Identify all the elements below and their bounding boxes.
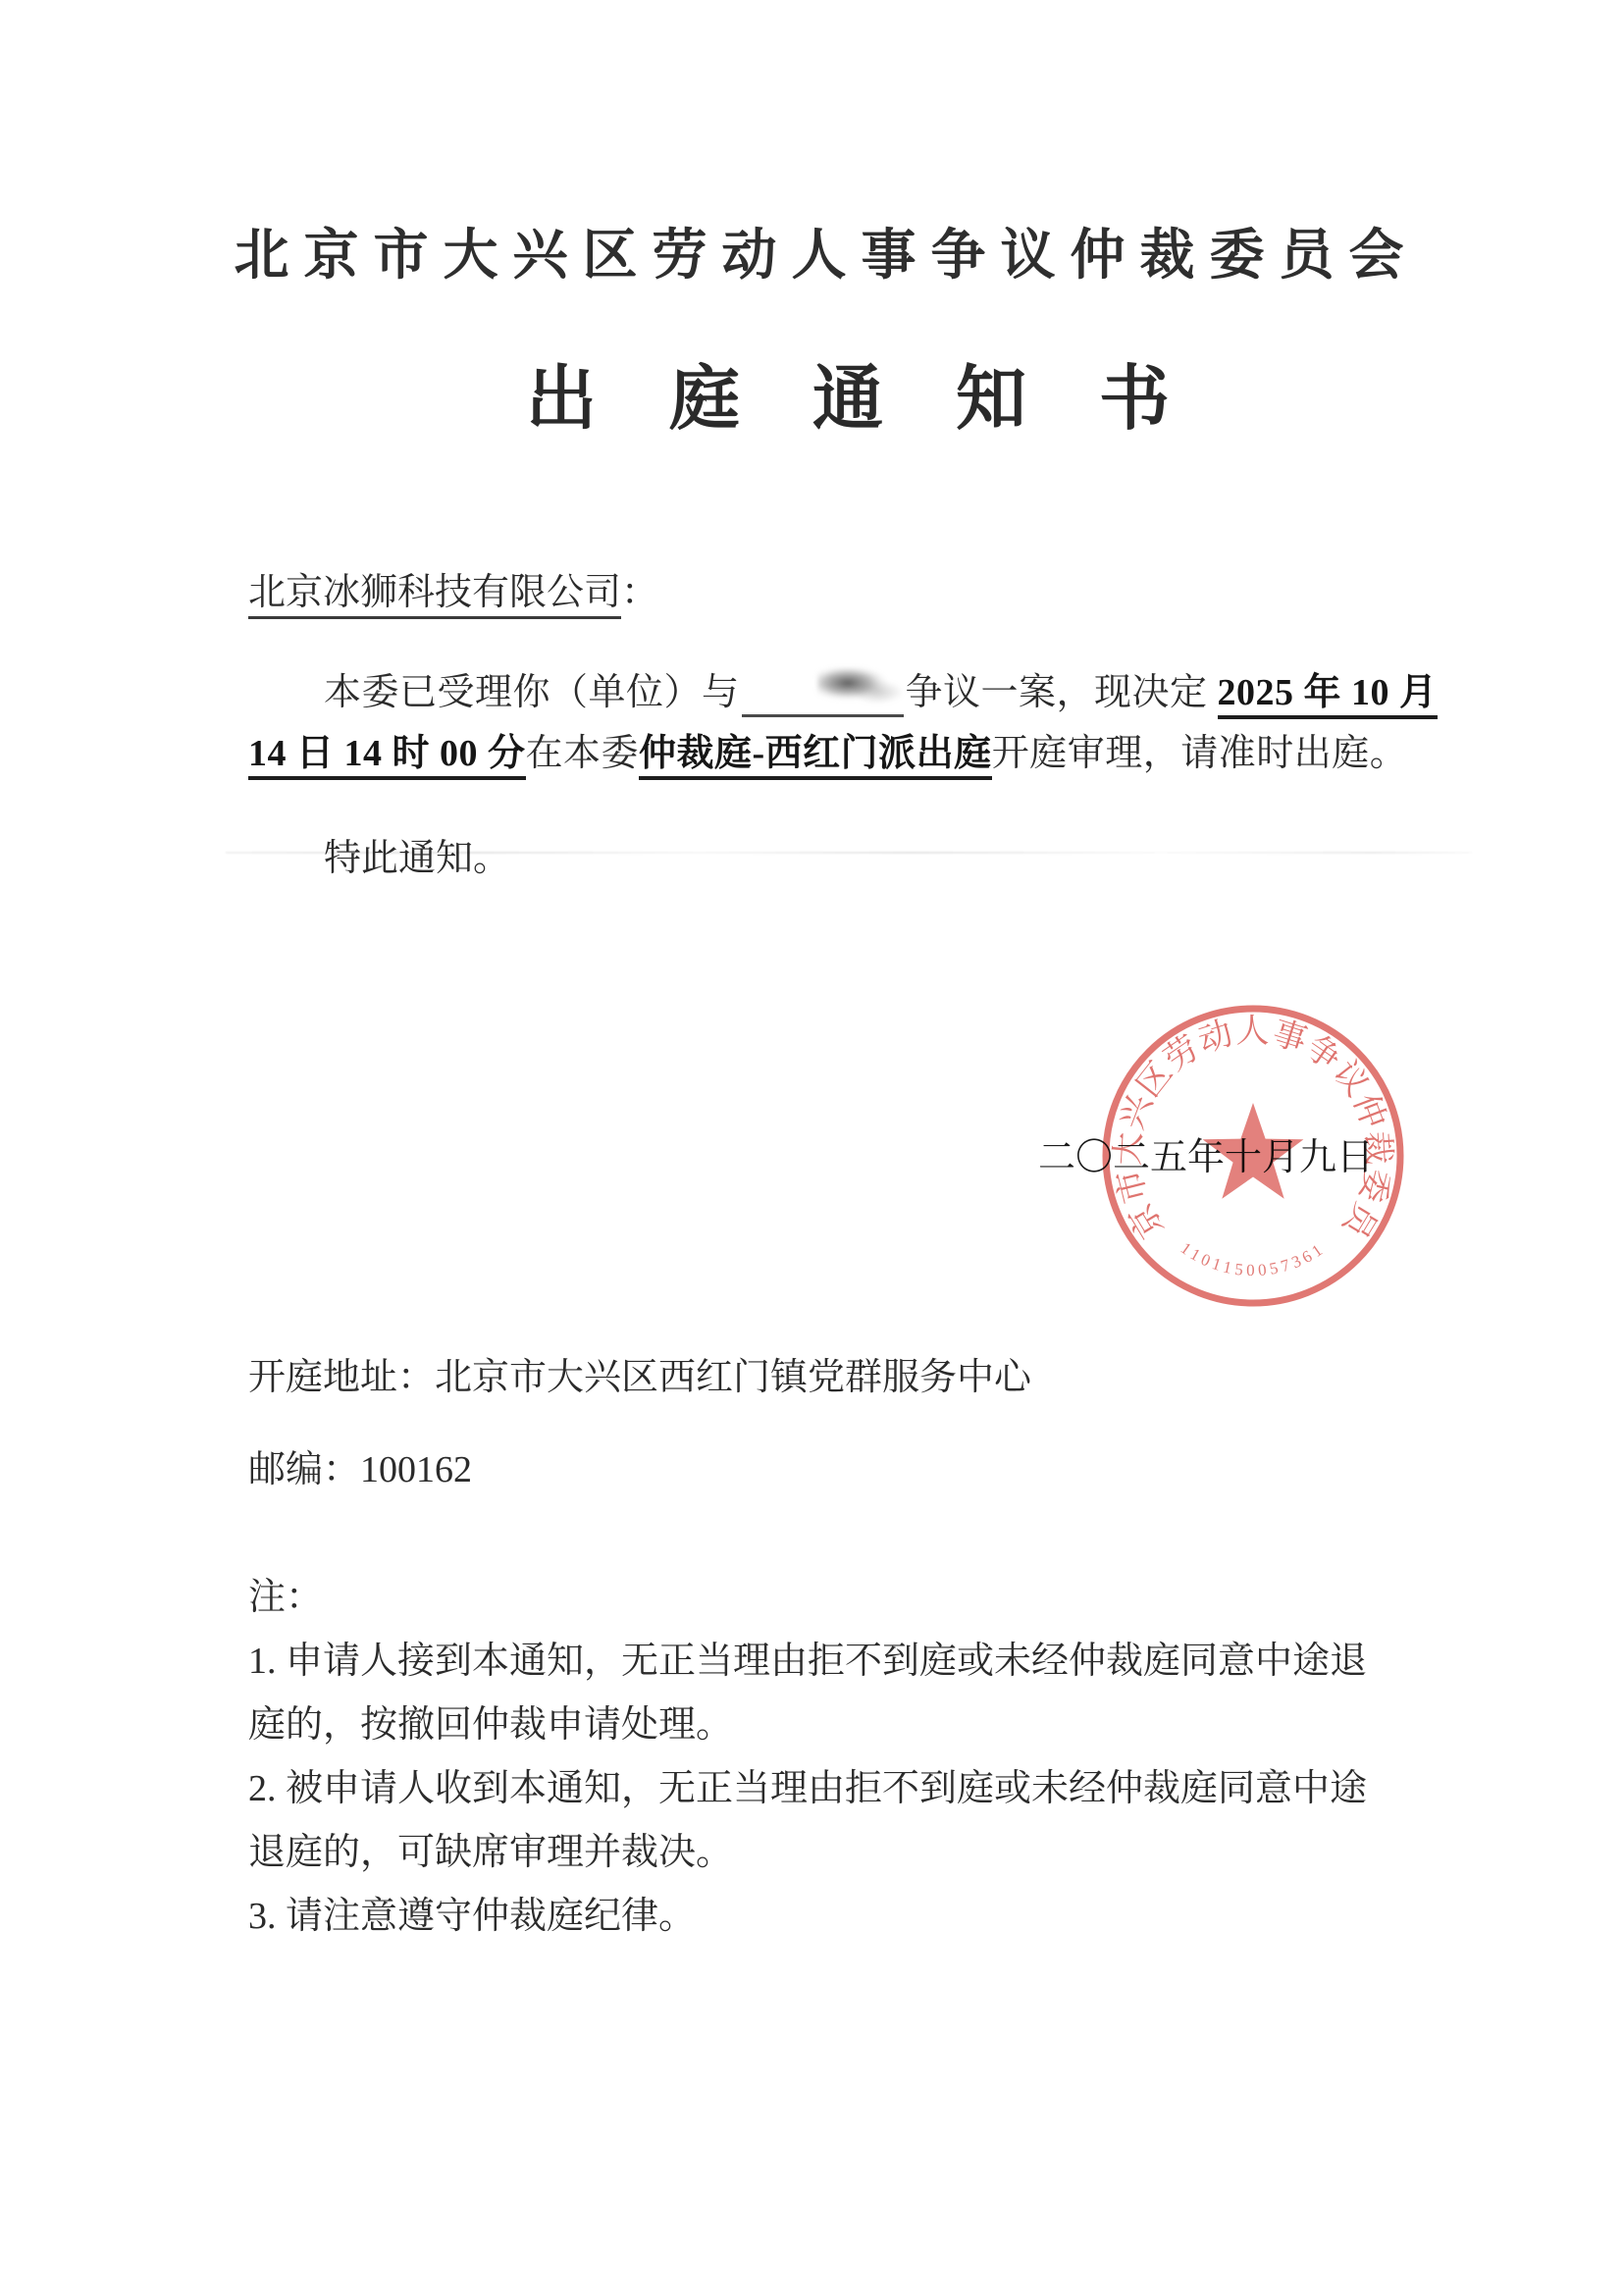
body-line-1: 本委已受理你（单位）与争议一案，现决定 2025 年 10 月 <box>248 667 1438 717</box>
addressee-line: 北京冰狮科技有限公司： <box>248 561 658 615</box>
note-2-line-1: 2. 被申请人收到本通知，无正当理由拒不到庭或未经仲裁庭同意中途 <box>248 1757 1485 1821</box>
smudge-blob <box>817 667 904 712</box>
redacted-name-smudge <box>742 667 904 717</box>
postcode-line: 邮编：100162 <box>248 1438 472 1492</box>
postcode-label: 邮编： <box>248 1449 360 1490</box>
note-1-line-2: 庭的，按撤回仲裁申请处理。 <box>248 1694 1485 1757</box>
body-text-mid: 争议一案，现决定 <box>906 672 1218 713</box>
official-seal: 北京市大兴区劳动人事争议仲裁委员会 1101150057361 <box>1091 989 1415 1323</box>
note-1-line-1: 1. 申请人接到本通知，无正当理由拒不到庭或未经仲裁庭同意中途退 <box>248 1630 1485 1694</box>
body-text-pre: 本委已受理你（单位）与 <box>324 672 740 713</box>
seal-star-icon <box>1203 1103 1304 1199</box>
notice-document-page: 北京市大兴区劳动人事争议仲裁委员会 出庭通知书 北京冰狮科技有限公司： 本委已受… <box>0 0 1623 2296</box>
notes-section: 注： 1. 申请人接到本通知，无正当理由拒不到庭或未经仲裁庭同意中途退 庭的，按… <box>248 1566 1485 1949</box>
venue-label: 开庭地址： <box>248 1357 435 1398</box>
addressee-name: 北京冰狮科技有限公司 <box>248 572 621 619</box>
note-2-line-2: 退庭的，可缺席审理并裁决。 <box>248 1821 1485 1885</box>
scan-artifact-line <box>226 852 1472 854</box>
note-3-line-1: 3. 请注意遵守仲裁庭纪律。 <box>248 1885 1485 1949</box>
notes-heading: 注： <box>248 1566 1485 1630</box>
body-text-mid2: 在本委 <box>526 733 640 774</box>
closing-line: 特此通知。 <box>324 827 510 881</box>
venue-line: 开庭地址：北京市大兴区西红门镇党群服务中心 <box>248 1346 1031 1400</box>
venue-value: 北京市大兴区西红门镇党群服务中心 <box>435 1357 1031 1398</box>
doc-title: 出庭通知书 <box>0 341 1623 444</box>
hearing-date: 2025 年 10 月 <box>1218 672 1438 719</box>
tribunal-location: 仲裁庭-西红门派出庭 <box>639 733 992 780</box>
hearing-time: 14 日 14 时 00 分 <box>248 733 526 780</box>
seal-serial-number: 1101150057361 <box>1178 1238 1330 1279</box>
postcode-value: 100162 <box>360 1449 472 1490</box>
org-title: 北京市大兴区劳动人事争议仲裁委员会 <box>0 212 1623 290</box>
seal-ring-text: 北京市大兴区劳动人事争议仲裁委员会 <box>1091 989 1397 1246</box>
body-text-end: 开庭审理，请准时出庭。 <box>992 733 1408 774</box>
addressee-colon: ： <box>621 572 658 613</box>
body-line-2: 14 日 14 时 00 分在本委仲裁庭-西红门派出庭开庭审理，请准时出庭。 <box>248 730 1407 777</box>
